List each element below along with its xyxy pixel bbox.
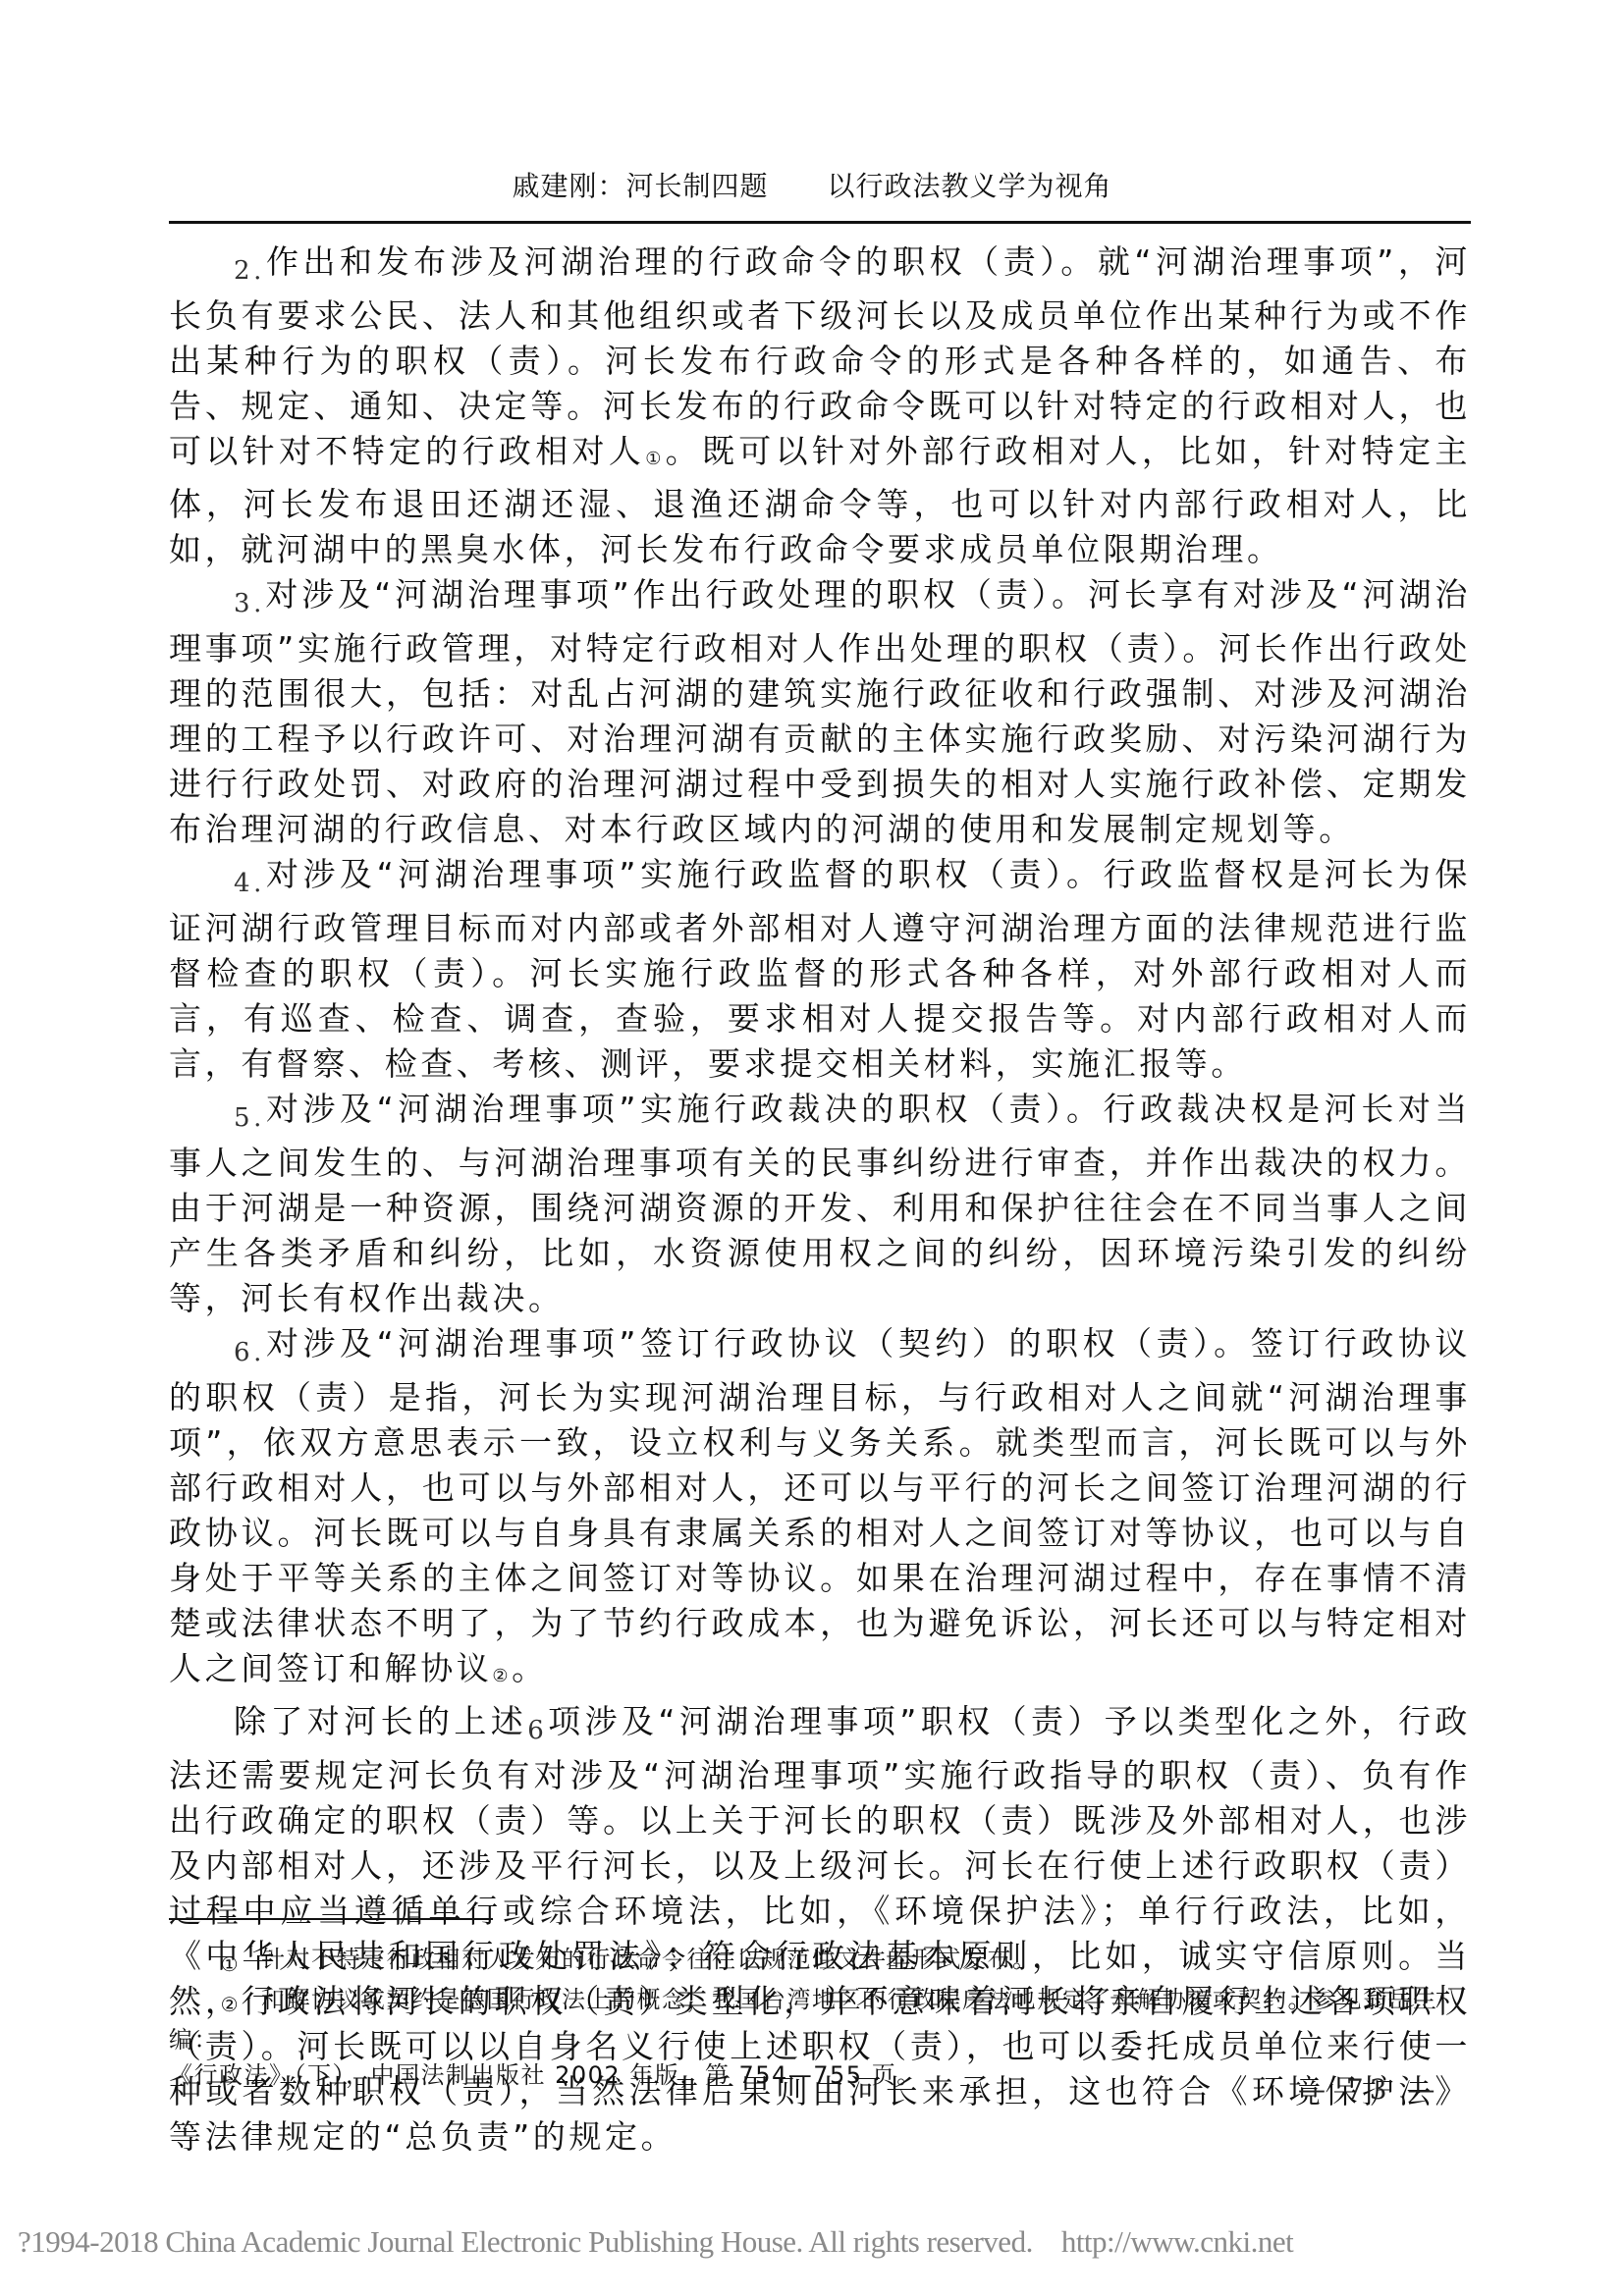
footnote-text: 和解协议或契约是德国行政法上的概念，我国台湾地区的行政程序法也规定了和解协议或契… [169,1986,1438,2054]
footnote-text: 针对不特定行政相对人发布的行政命令往往以规范性文件的形式发布。 [261,1946,1038,1973]
closing-number: 6 [527,1716,547,1745]
copyright-line: ?1994-2018 China Academic Journal Electr… [18,2224,1293,2260]
footnote-marker: ② [169,1987,261,2022]
paragraph-4: 4.对涉及“河湖治理事项”实施行政监督的职权（责）。行政监督权是河长为保证河湖行… [169,852,1471,1087]
paragraph-number: 2. [234,256,265,286]
paragraph-number: 4. [234,869,265,898]
paragraph-5: 5.对涉及“河湖治理事项”实施行政裁决的职权（责）。行政裁决权是河长对当事人之间… [169,1087,1471,1321]
paragraph-number: 5. [234,1103,265,1133]
paragraph-number: 6. [234,1338,265,1367]
header-colon: ： [597,170,625,202]
paragraph-text-after: 。 [512,1649,548,1687]
paragraph-6: 6.对涉及“河湖治理事项”签订行政协议（契约）的职权（责）。签订行政协议的职权（… [169,1321,1471,1699]
paragraph-text: 对涉及“河湖治理事项”实施行政监督的职权（责）。行政监督权是河长为保证河湖行政管… [169,855,1471,1083]
header-rule [169,221,1471,224]
header-author: 戚建刚 [512,170,597,202]
scan-corner-mark [14,0,18,10]
footnote-marker: ① [169,1947,261,1982]
paragraph-number: 3. [234,589,265,618]
paragraph-text: 对涉及“河湖治理事项”签订行政协议（契约）的职权（责）。签订行政协议的职权（责）… [169,1324,1471,1687]
paragraph-text: 对涉及“河湖治理事项”实施行政裁决的职权（责）。行政裁决权是河长对当事人之间发生… [169,1090,1471,1317]
paragraph-text: 对涉及“河湖治理事项”作出行政处理的职权（责）。河长享有对涉及“河湖治理事项”实… [169,575,1471,848]
paragraph-3: 3.对涉及“河湖治理事项”作出行政处理的职权（责）。河长享有对涉及“河湖治理事项… [169,572,1471,852]
running-header: 戚建刚：河长制四题以行政法教义学为视角 [0,165,1624,204]
article-body: 2.作出和发布涉及河湖治理的行政命令的职权（责）。就“河湖治理事项”，河长负有要… [169,240,1471,2160]
paragraph-2: 2.作出和发布涉及河湖治理的行政命令的职权（责）。就“河湖治理事项”，河长负有要… [169,240,1471,572]
header-title-sub: 以行政法教义学为视角 [828,170,1112,202]
footnote-ref-2[interactable]: ② [492,1666,512,1686]
footnote-rule [169,1918,493,1920]
page-number: — 73 — [1298,2073,1440,2106]
closing-text-before: 除了对河长的上述 [234,1702,527,1740]
footnotes: ①针对不特定行政相对人发布的行政命令往往以规范性文件的形式发布。 ②和解协议或契… [169,1942,1471,2093]
header-title-main: 河长制四题 [626,170,769,202]
footnote-ref-1[interactable]: ① [645,449,665,469]
footnote-2-continuation: 《行政法》（下），中国法制出版社 2002 年版，第 754—755 页。 [169,2057,1471,2093]
footnote-1: ①针对不特定行政相对人发布的行政命令往往以规范性文件的形式发布。 [169,1942,1471,1982]
footnote-2: ②和解协议或契约是德国行政法上的概念，我国台湾地区的行政程序法也规定了和解协议或… [169,1982,1471,2057]
